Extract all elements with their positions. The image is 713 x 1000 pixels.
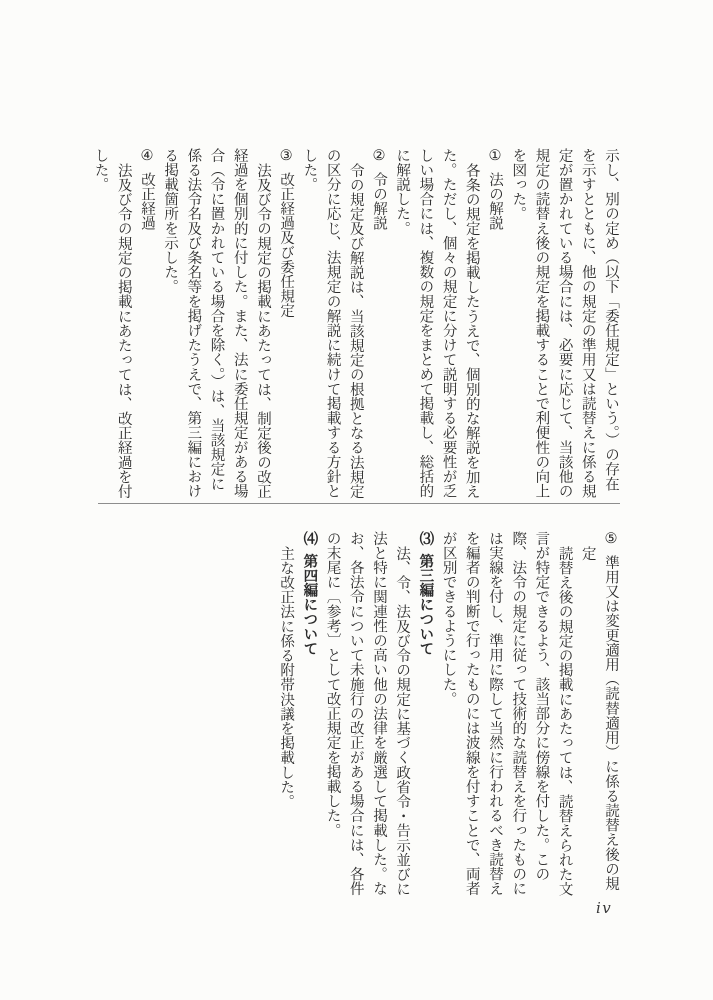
circled-number-4: ④	[139, 148, 155, 164]
circled-number-3: ③	[278, 148, 294, 164]
item-body: 法及び令の規定の掲載にあたっては、改正経過を付した。	[88, 148, 134, 500]
numbered-item-5: ⑤準用又は変更適用（読替適用）に係る読替え後の規定 読替え後の規定の掲載にあたっ…	[436, 531, 622, 897]
item-heading: ②令の解説	[367, 148, 390, 500]
item-heading: ①法の解説	[483, 148, 506, 500]
page: { "page": { "number": "iv" }, "top_band"…	[0, 0, 713, 1000]
section-body: 主な改正法に係る附帯決議を掲載した。	[274, 531, 297, 897]
item-heading-text: 改正経過	[139, 172, 155, 230]
item-body: 各条の規定を掲載したうえで、個別的な解説を加えた。ただし、個々の規定に分けて説明…	[390, 148, 483, 500]
section-item-4: ⑷第四編について 主な改正法に係る附帯決議を掲載した。	[274, 531, 320, 897]
numbered-item-1: ①法の解説 各条の規定を掲載したうえで、個別的な解説を加えた。ただし、個々の規定…	[390, 148, 506, 500]
item-body: 令の規定及び解説は、当該規定の根拠となる法規定の区分に応じ、法規定の解説に続けて…	[297, 148, 367, 500]
numbered-item-4: ④改正経過 法及び令の規定の掲載にあたっては、改正経過を付した。	[88, 148, 158, 500]
band-divider-rule	[98, 503, 620, 504]
notes-bottom-section: ⑤準用又は変更適用（読替適用）に係る読替え後の規定 読替え後の規定の掲載にあたっ…	[274, 531, 622, 897]
item-heading-text: 準用又は変更適用（読替適用）に係る読替え後の規定	[580, 546, 619, 891]
item-heading-text: 令の解説	[371, 172, 387, 230]
item-heading: ⑤準用又は変更適用（読替適用）に係る読替え後の規定	[576, 531, 622, 897]
parenthesized-number-3: ⑶	[417, 531, 433, 546]
section-heading-text: 第四編について	[301, 554, 317, 656]
circled-number-2: ②	[371, 148, 387, 164]
item-body: 読替え後の規定の掲載にあたっては、読替えられた文言が特定できるよう、該当部分に傍…	[436, 531, 575, 897]
notes-top-section: 示し、別の定め（以下「委任規定」という。）の存在を示すとともに、他の規定の準用又…	[88, 148, 622, 500]
item-heading-text: 法の解説	[487, 172, 503, 230]
item-body: 法及び令の規定の掲載にあたっては、制定後の改正経過を個別的に付した。また、法に委…	[158, 148, 274, 500]
section-heading-text: 第三編について	[417, 554, 433, 656]
section-heading: ⑶第三編について	[413, 531, 436, 897]
section-heading: ⑷第四編について	[297, 531, 320, 897]
item-heading: ④改正経過	[135, 148, 158, 500]
item-heading: ③改正経過及び委任規定	[274, 148, 297, 500]
numbered-item-2: ②令の解説 令の規定及び解説は、当該規定の根拠となる法規定の区分に応じ、法規定の…	[297, 148, 390, 500]
circled-number-5: ⑤	[603, 531, 619, 547]
intro-continuation-paragraph: 示し、別の定め（以下「委任規定」という。）の存在を示すとともに、他の規定の準用又…	[506, 148, 622, 500]
section-body: 法、令、法及び令の規定に基づく政省令・告示並びに法と特に関連性の高い他の法律を厳…	[320, 531, 413, 897]
item-heading-text: 改正経過及び委任規定	[278, 172, 294, 318]
section-item-3: ⑶第三編について 法、令、法及び令の規定に基づく政省令・告示並びに法と特に関連性…	[320, 531, 436, 897]
numbered-item-3: ③改正経過及び委任規定 法及び令の規定の掲載にあたっては、制定後の改正経過を個別…	[158, 148, 297, 500]
parenthesized-number-4: ⑷	[301, 531, 317, 546]
circled-number-1: ①	[487, 148, 503, 164]
page-number: iv	[596, 899, 612, 917]
